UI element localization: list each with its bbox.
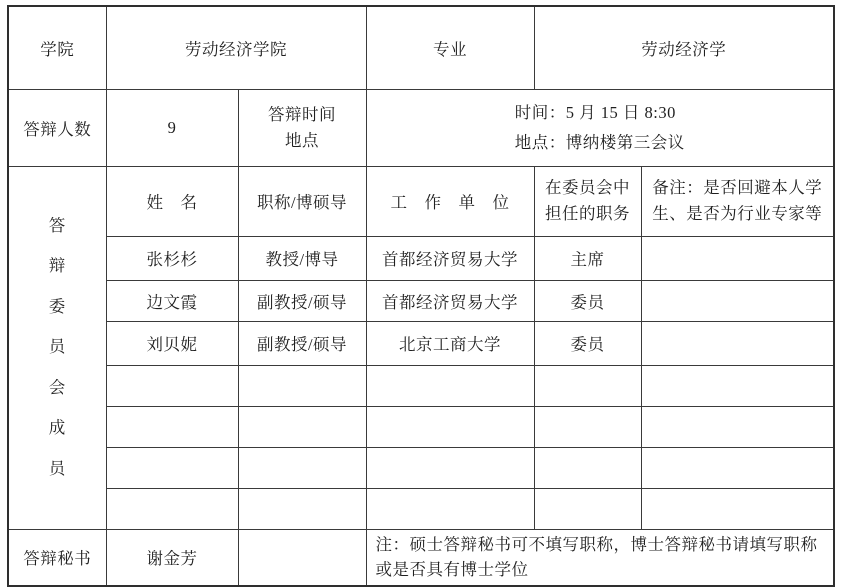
member-workunit-cell [366,488,534,529]
member-remark-cell [641,365,834,406]
member-name-cell: 边文霞 [106,280,238,321]
member-title-cell [238,447,366,488]
header-workunit-cell: 工 作 单 位 [366,166,534,236]
member-title-cell [238,365,366,406]
committee-member-row [8,447,834,488]
member-role-cell: 委员 [534,321,641,365]
member-workunit-cell [366,406,534,447]
member-remark-cell [641,406,834,447]
time-place-label-line1: 答辩时间 [243,102,362,128]
defense-count-label-cell: 答辩人数 [8,89,106,166]
member-name-cell: 刘贝妮 [106,321,238,365]
committee-member-row [8,488,834,529]
member-name-cell [106,488,238,529]
document-page: 学院 劳动经济学院 专业 劳动经济学 答辩人数 9 答辩时间 地点 时间：5 月… [0,0,841,587]
member-role-cell [534,447,641,488]
place-line: 地点：博纳楼第三会议 [515,128,685,158]
member-remark-cell [641,488,834,529]
committee-header-row: 答 辩 委 员 会 成 员 姓 名 职称/博硕导 工 作 单 位 在委员会中 担… [8,166,834,236]
member-remark-cell [641,321,834,365]
member-remark-cell [641,447,834,488]
member-role-cell [534,406,641,447]
header-role-line2: 担任的职务 [539,201,637,227]
header-name-cell: 姓 名 [106,166,238,236]
committee-member-row [8,365,834,406]
header-role-line1: 在委员会中 [539,175,637,201]
member-workunit-cell: 首都经济贸易大学 [366,280,534,321]
committee-side-label-cell: 答 辩 委 员 会 成 员 [8,166,106,529]
member-title-cell [238,406,366,447]
member-role-cell: 主席 [534,236,641,280]
college-major-row: 学院 劳动经济学院 专业 劳动经济学 [8,6,834,89]
member-workunit-cell: 北京工商大学 [366,321,534,365]
time-line: 时间：5 月 15 日 8:30 [515,98,685,128]
major-label-cell: 专业 [366,6,534,89]
committee-side-label: 答 辩 委 员 会 成 员 [13,218,102,478]
member-name-cell [106,406,238,447]
member-role-cell [534,365,641,406]
member-name-cell [106,365,238,406]
member-title-cell: 教授/博导 [238,236,366,280]
committee-member-row: 边文霞 副教授/硕导 首都经济贸易大学 委员 [8,280,834,321]
member-remark-cell [641,280,834,321]
secretary-title-cell [238,529,366,586]
secretary-note-line1: 注：硕士答辩秘书可不填写职称，博士答辩秘书请填写职称 [376,532,828,558]
member-workunit-cell [366,447,534,488]
member-remark-cell [641,236,834,280]
header-remark-line1: 备注：是否回避本人学 [646,175,830,201]
defense-count-value-cell: 9 [106,89,238,166]
header-role-cell: 在委员会中 担任的职务 [534,166,641,236]
member-name-cell: 张杉杉 [106,236,238,280]
member-title-cell: 副教授/硕导 [238,321,366,365]
header-remark-line2: 生、是否为行业专家等 [646,201,830,227]
secretary-name-cell: 谢金芳 [106,529,238,586]
count-time-row: 答辩人数 9 答辩时间 地点 时间：5 月 15 日 8:30 地点：博纳楼第三… [8,89,834,166]
time-place-block: 时间：5 月 15 日 8:30 地点：博纳楼第三会议 [515,98,685,157]
member-title-cell: 副教授/硕导 [238,280,366,321]
time-place-value-cell: 时间：5 月 15 日 8:30 地点：博纳楼第三会议 [366,89,834,166]
secretary-row: 答辩秘书 谢金芳 注：硕士答辩秘书可不填写职称，博士答辩秘书请填写职称 或是否具… [8,529,834,586]
committee-member-row: 张杉杉 教授/博导 首都经济贸易大学 主席 [8,236,834,280]
header-remark-cell: 备注：是否回避本人学 生、是否为行业专家等 [641,166,834,236]
member-workunit-cell [366,365,534,406]
committee-member-row: 刘贝妮 副教授/硕导 北京工商大学 委员 [8,321,834,365]
major-value-cell: 劳动经济学 [534,6,834,89]
college-label-cell: 学院 [8,6,106,89]
time-place-label-line2: 地点 [243,128,362,154]
member-name-cell [106,447,238,488]
time-place-label-cell: 答辩时间 地点 [238,89,366,166]
member-workunit-cell: 首都经济贸易大学 [366,236,534,280]
secretary-note-cell: 注：硕士答辩秘书可不填写职称，博士答辩秘书请填写职称 或是否具有博士学位 [366,529,834,586]
committee-member-row [8,406,834,447]
secretary-label-cell: 答辩秘书 [8,529,106,586]
member-role-cell: 委员 [534,280,641,321]
secretary-note-line2: 或是否具有博士学位 [376,557,828,583]
member-role-cell [534,488,641,529]
college-value-cell: 劳动经济学院 [106,6,366,89]
header-title-cell: 职称/博硕导 [238,166,366,236]
member-title-cell [238,488,366,529]
defense-committee-table: 学院 劳动经济学院 专业 劳动经济学 答辩人数 9 答辩时间 地点 时间：5 月… [7,5,835,587]
